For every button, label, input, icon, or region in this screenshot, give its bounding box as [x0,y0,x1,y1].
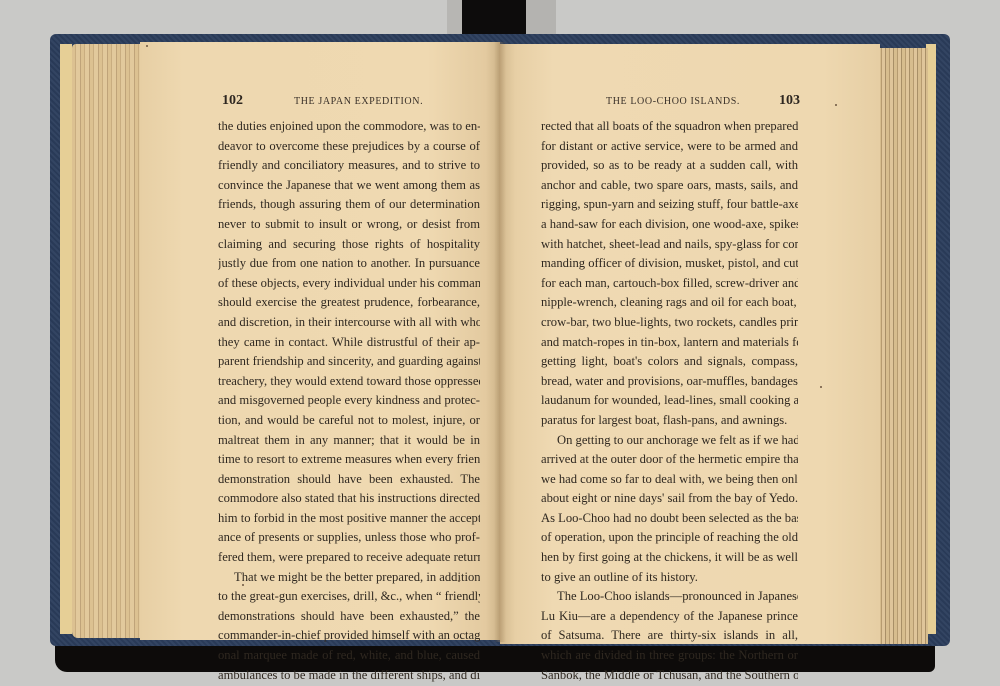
text-line: maltreat them in any manner; that it wou… [218,431,480,451]
endpaper-left [60,44,72,634]
text-line: laudanum for wounded, lead-lines, small … [541,391,798,411]
text-line: and misgoverned people every kindness an… [218,391,480,411]
running-head-right: THE LOO-CHOO ISLANDS. [606,96,740,112]
text-line: time to resort to extreme measures when … [218,450,480,470]
paper-spot [458,580,460,582]
page-edges-left [72,44,142,638]
text-line: nipple-wrench, cleaning rags and oil for… [541,293,798,313]
text-line: onal marquee made of red, white, and blu… [218,646,480,666]
text-line: hen by first going at the chickens, it w… [541,548,798,568]
text-line: never to submit to insult or wrong, or d… [218,215,480,235]
text-line: tion, and would be careful not to molest… [218,411,480,431]
text-line: Sanbok, the Middle or Tchusan, and the S… [541,666,798,686]
text-line: getting light, boat's colors and signals… [541,352,798,372]
left-page-text: the duties enjoined upon the commodore, … [218,117,480,685]
text-line: deavor to overcome these prejudices by a… [218,137,480,157]
page-edges-right [878,48,928,644]
text-line: commander-in-chief provided himself with… [218,626,480,646]
text-line: bread, water and provisions, oar-muffles… [541,372,798,392]
text-line: The Loo-Choo islands—pronounced in Japan… [541,587,798,607]
text-line: parent friendship and sincerity, and gua… [218,352,480,372]
text-line: ambulances to be made in the different s… [218,666,480,686]
text-line: Lu Kiu—are a dependency of the Japanese … [541,607,798,627]
text-line: and discretion, in their intercourse wit… [218,313,480,333]
page-number-right: 103 [779,93,800,109]
text-line: to give an outline of its history. [541,568,798,588]
paper-spot [835,104,837,106]
text-line: of operation, upon the principle of reac… [541,528,798,548]
text-line: they came in contact. While distrustful … [218,333,480,353]
text-line: with hatchet, sheet-lead and nails, spy-… [541,235,798,255]
text-line: him to forbid in the most positive manne… [218,509,480,529]
text-line: of Satsuma. There are thirty-six islands… [541,626,798,646]
text-line: As Loo-Choo had no doubt been selected a… [541,509,798,529]
paper-spot [146,45,148,47]
text-line: On getting to our anchorage we felt as i… [541,431,798,451]
paper-spot [242,584,244,586]
text-line: rigging, spun-yarn and seizing stuff, fo… [541,195,798,215]
text-line: commodore also stated that his instructi… [218,489,480,509]
text-line: arrived at the outer door of the hermeti… [541,450,798,470]
text-line: demonstrations should have been exhauste… [218,607,480,627]
right-page-text: rected that all boats of the squadron wh… [541,117,798,685]
book-gutter [494,42,506,642]
text-line: we had come so far to deal with, we bein… [541,470,798,490]
text-line: convince the Japanese that we went among… [218,176,480,196]
text-line: friendly and conciliatory measures, and … [218,156,480,176]
text-line: ance of presents or supplies, unless tho… [218,528,480,548]
text-line: to the great-gun exercises, drill, &c., … [218,587,480,607]
text-line: manding officer of division, musket, pis… [541,254,798,274]
text-line: for distant or active service, were to b… [541,137,798,157]
running-head-left: THE JAPAN EXPEDITION. [294,96,423,112]
page-number-left: 102 [222,93,243,109]
text-line: for each man, cartouch-box filled, screw… [541,274,798,294]
text-line: anchor and cable, two spare oars, masts,… [541,176,798,196]
text-line: That we might be the better prepared, in… [218,568,480,588]
text-line: should exercise the greatest prudence, f… [218,293,480,313]
text-line: the duties enjoined upon the commodore, … [218,117,480,137]
text-line: justly due from one nation to another. I… [218,254,480,274]
text-line: demonstration should have been exhausted… [218,470,480,490]
text-line: treachery, they would extend toward thos… [218,372,480,392]
text-line: of these objects, every individual under… [218,274,480,294]
text-line: claiming and securing those rights of ho… [218,235,480,255]
text-line: a hand-saw for each division, one wood-a… [541,215,798,235]
text-line: which are divided in three groups: the N… [541,646,798,666]
text-line: and match-ropes in tin-box, lantern and … [541,333,798,353]
text-line: friends, though assuring them of our det… [218,195,480,215]
text-line: provided, so as to be ready at a sudden … [541,156,798,176]
text-line: paratus for largest boat, flash-pans, an… [541,411,798,431]
text-line: crow-bar, two blue-lights, two rockets, … [541,313,798,333]
text-line: about eight or nine days' sail from the … [541,489,798,509]
text-line: rected that all boats of the squadron wh… [541,117,798,137]
text-line: fered them, were prepared to receive ade… [218,548,480,568]
paper-spot [820,386,822,388]
